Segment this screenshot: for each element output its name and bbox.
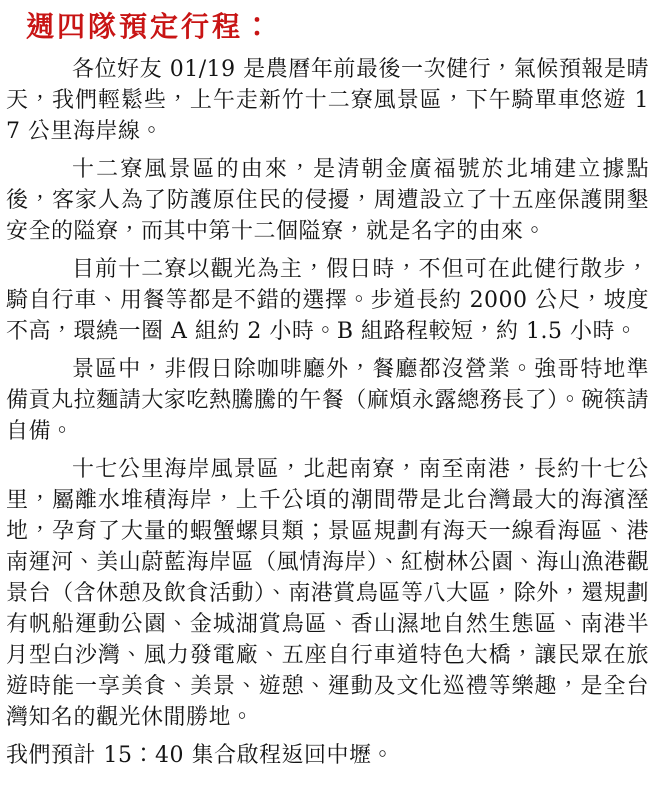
paragraph-intro: 各位好友 01/19 是農曆年前最後一次健行，氣候預報是晴天，我們輕鬆些，上午走…	[6, 54, 649, 147]
paragraph-trail-info: 目前十二寮以觀光為主，假日時，不但可在此健行散步，騎自行車、用餐等都是不錯的選擇…	[6, 254, 649, 347]
paragraph-return-time: 我們預計 15：40 集合啟程返回中壢。	[6, 740, 649, 771]
paragraph-coastline: 十七公里海岸風景區，北起南寮，南至南港，長約十七公里，屬離水堆積海岸，上千公頃的…	[6, 454, 649, 733]
document-page: 週四隊預定行程： 各位好友 01/19 是農曆年前最後一次健行，氣候預報是晴天，…	[0, 0, 659, 788]
page-title: 週四隊預定行程：	[26, 10, 649, 44]
paragraph-lunch: 景區中，非假日除咖啡廳外，餐廳都沒營業。強哥特地準備貢丸拉麵請大家吃熱騰騰的午餐…	[6, 354, 649, 447]
paragraph-origin: 十二寮風景區的由來，是清朝金廣福號於北埔建立據點後，客家人為了防護原住民的侵擾，…	[6, 154, 649, 247]
